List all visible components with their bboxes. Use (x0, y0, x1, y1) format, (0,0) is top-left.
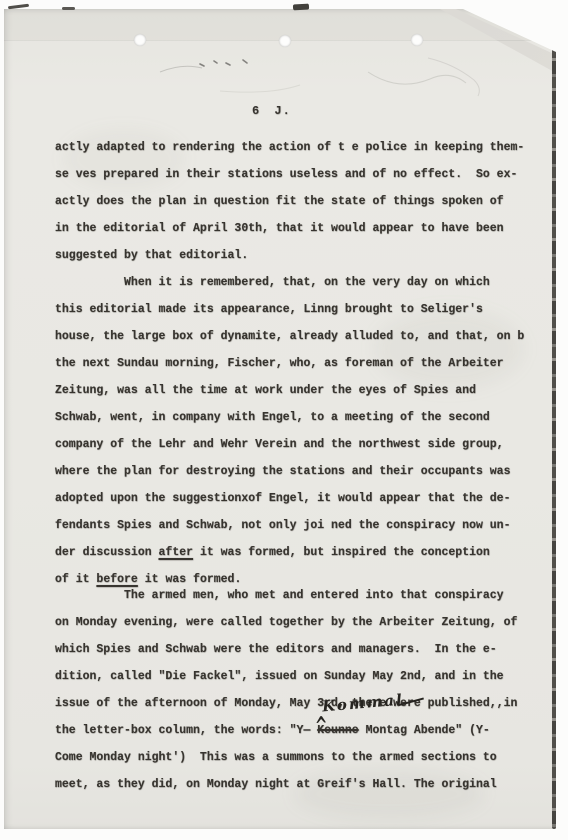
text-segment: the next Sundau morning, Fischer, who, a… (55, 357, 504, 370)
text-segment: Come Monday night') This was a summons t… (55, 751, 497, 764)
caret-mark: ^ (315, 714, 328, 739)
paragraph: actly adapted to rendering the action of… (55, 134, 540, 269)
document-line: where the plan for destroying the statio… (55, 458, 540, 485)
text-segment: it was formed, but inspired the concepti… (193, 546, 490, 559)
text-segment: The armed men, who met and entered into … (55, 589, 504, 602)
text-segment: Schwab, went, in company with Engel, to … (55, 411, 490, 424)
document-line: issue of the afternoon of Monday, May 3r… (55, 690, 540, 717)
punch-hole (134, 34, 146, 46)
paragraph: The armed men, who met and entered into … (55, 582, 540, 798)
torn-right-edge (552, 47, 556, 829)
text-segment: Montag Abende" (Y- (359, 724, 490, 737)
text-segment: issue of the afternoon of Monday, May 3r… (55, 697, 517, 710)
text-segment: meet, as they did, on Monday night at Gr… (55, 778, 497, 791)
document-line: the letter-box column, the words: "Y— Ke… (55, 717, 540, 744)
document-line: der discussion after it was formed, but … (55, 539, 540, 566)
text-segment: company of the Lehr and Wehr Verein and … (55, 438, 504, 451)
text-segment: adopted upon the suggestionxof Engel, it… (55, 492, 510, 505)
document-line: adopted upon the suggestionxof Engel, it… (55, 485, 540, 512)
document-line: Come Monday night') This was a summons t… (55, 744, 540, 771)
document-line: which Spies and Schwab were the editors … (55, 636, 540, 663)
document-line: Zeitung, was all the time at work under … (55, 377, 540, 404)
text-segment: fendants Spies and Schwab, not only joi … (55, 519, 510, 532)
document-line: suggested by that editorial. (55, 242, 540, 269)
text-segment: When it is remembered, that, on the very… (55, 276, 490, 289)
underlined-word: after (159, 546, 194, 559)
text-segment: which Spies and Schwab were the editors … (55, 643, 497, 656)
text-segment: der discussion (55, 546, 159, 559)
document-line: dition, called "Die Fackel", issued on S… (55, 663, 540, 690)
text-segment: in the editorial of April 30th, that it … (55, 222, 504, 235)
document-line: this editorial made its appearance, Linn… (55, 296, 540, 323)
edge-mark (62, 7, 75, 10)
text-segment: Zeitung, was all the time at work under … (55, 384, 476, 397)
document-line: meet, as they did, on Monday night at Gr… (55, 771, 540, 798)
page-number: 6 J. (252, 103, 291, 119)
document-line: When it is remembered, that, on the very… (55, 269, 540, 296)
punch-hole (279, 35, 291, 47)
document-line: actly adapted to rendering the action of… (55, 134, 540, 161)
text-segment: suggested by that editorial. (55, 249, 248, 262)
text-segment: actly adapted to rendering the action of… (55, 141, 524, 154)
text-segment: on Monday evening, were called together … (55, 616, 517, 629)
document-line: Schwab, went, in company with Engel, to … (55, 404, 540, 431)
edge-mark (8, 4, 29, 10)
document-line: in the editorial of April 30th, that it … (55, 215, 540, 242)
document-line: company of the Lehr and Wehr Verein and … (55, 431, 540, 458)
document-line: the next Sundau morning, Fischer, who, a… (55, 350, 540, 377)
scanned-page: 6 J. actly adapted to rendering the acti… (0, 0, 568, 840)
document-line: actly does the plan in question fit the … (55, 188, 540, 215)
paragraph: When it is remembered, that, on the very… (55, 269, 540, 593)
document-line: The armed men, who met and entered into … (55, 582, 540, 609)
text-segment: se ves prepared in their stations useles… (55, 168, 517, 181)
punch-hole (411, 34, 423, 46)
text-segment: actly does the plan in question fit the … (55, 195, 504, 208)
text-segment: house, the large box of dynamite, alread… (55, 330, 524, 343)
text-segment: this editorial made its appearance, Linn… (55, 303, 483, 316)
document-line: fendants Spies and Schwab, not only joi … (55, 512, 540, 539)
text-segment: dition, called "Die Fackel", issued on S… (55, 670, 504, 683)
text-segment: where the plan for destroying the statio… (55, 465, 510, 478)
edge-mark (293, 4, 309, 11)
document-line: se ves prepared in their stations useles… (55, 161, 540, 188)
document-line: on Monday evening, were called together … (55, 609, 540, 636)
document-line: house, the large box of dynamite, alread… (55, 323, 540, 350)
text-segment: the letter-box column, the words: "Y— (55, 724, 317, 737)
